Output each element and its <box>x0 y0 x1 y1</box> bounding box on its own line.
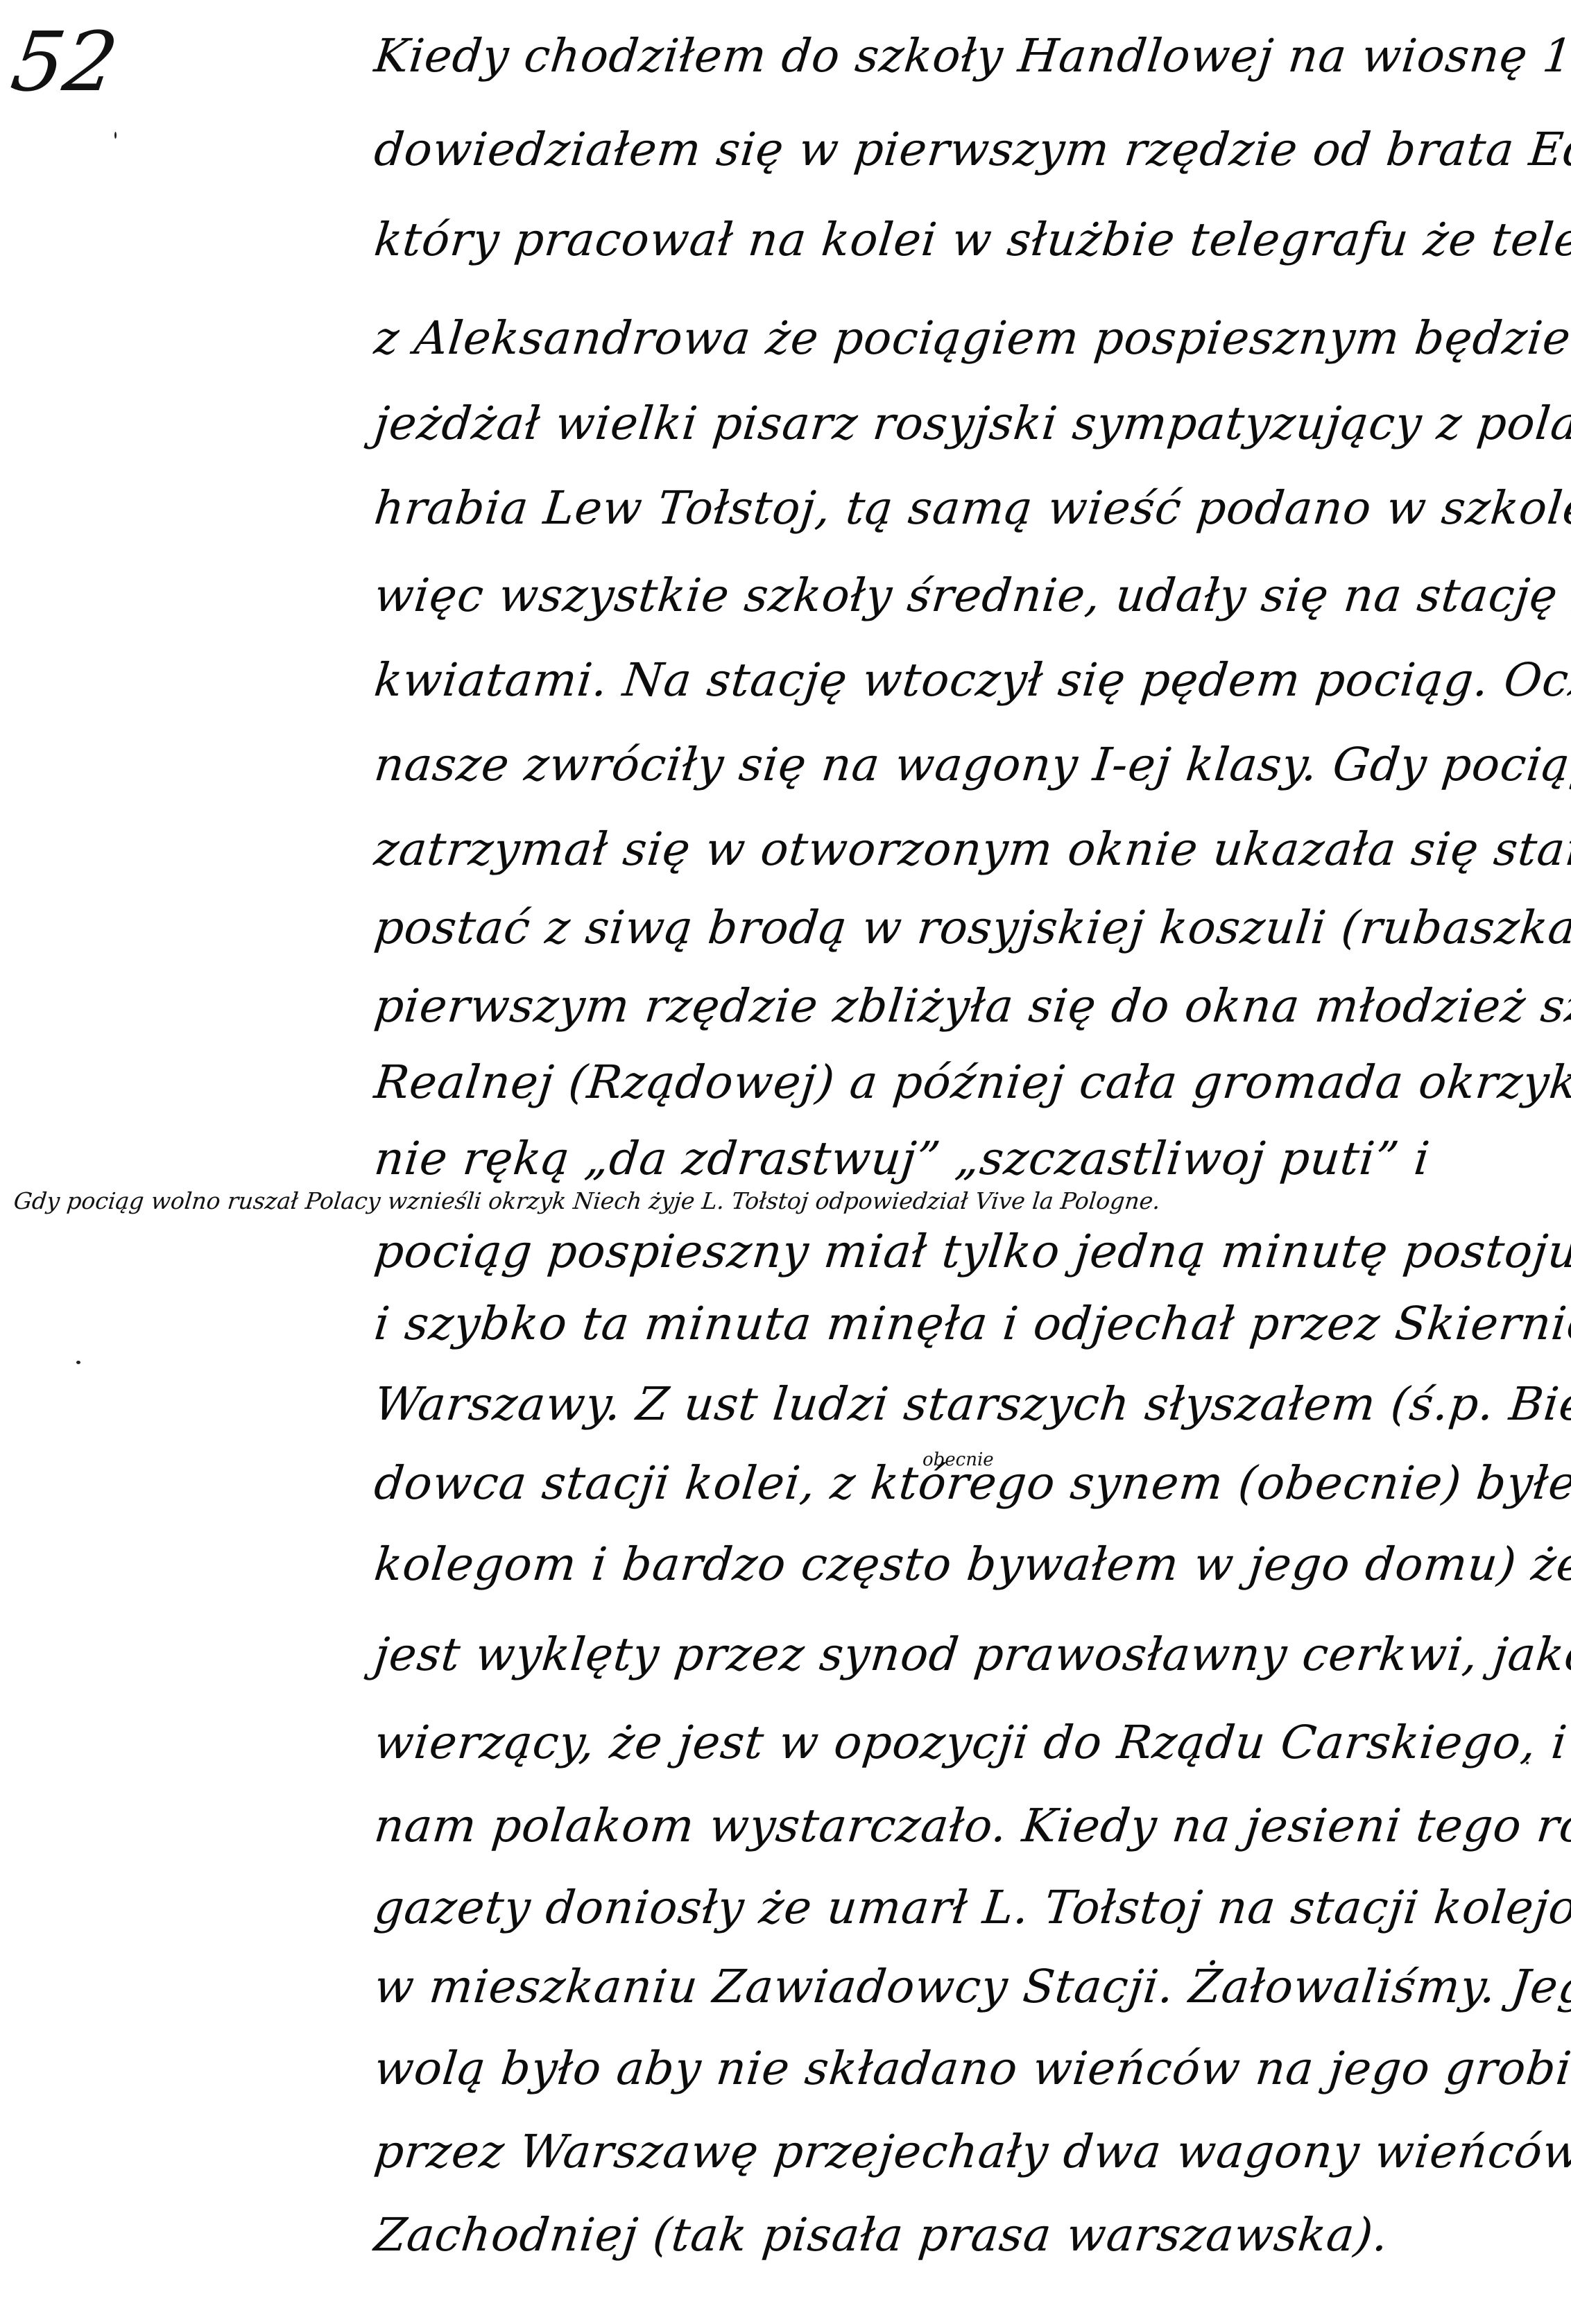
manuscript-line: Zachodniej (tak pisała prasa warszawska)… <box>372 2212 1391 2258</box>
manuscript-line: postać z siwą brodą w rosyjskiej koszuli… <box>372 905 1571 951</box>
manuscript-line: przez Warszawę przejechały dwa wagony wi… <box>372 2129 1571 2175</box>
manuscript-line: jest wyklęty przez synod prawosławny cer… <box>372 1632 1571 1678</box>
manuscript-line: pierwszym rzędzie zbliżyła się do okna m… <box>372 983 1571 1029</box>
manuscript-line: i szybko ta minuta minęła i odjechał prz… <box>372 1301 1571 1347</box>
manuscript-line: nasze zwróciły się na wagony I-ej klasy.… <box>372 742 1571 788</box>
manuscript-line: pociąg pospieszny miał tylko jedną minut… <box>372 1229 1571 1275</box>
manuscript-line: Kiedy chodziłem do szkoły Handlowej na w… <box>372 33 1571 79</box>
manuscript-line: z Aleksandrowa że pociągiem pospiesznym … <box>372 316 1571 361</box>
manuscript-line: w mieszkaniu Zawiadowcy Stacji. Żałowali… <box>372 1964 1571 2010</box>
scan-speck <box>1526 1762 1529 1764</box>
manuscript-line: Warszawy. Z ust ludzi starszych słyszałe… <box>372 1382 1571 1427</box>
manuscript-line: więc wszystkie szkoły średnie, udały się… <box>372 573 1571 619</box>
manuscript-line: Realnej (Rządowej) a później cała gromad… <box>372 1060 1571 1105</box>
manuscript-line: dowiedziałem się w pierwszym rzędzie od … <box>372 127 1571 173</box>
manuscript-line: kwiatami. Na stację wtoczył się pędem po… <box>372 657 1571 703</box>
margin-note: Gdy pociąg wolno ruszał Polacy wznieśli … <box>12 1187 1162 1214</box>
manuscript-line: nam polakom wystarczało. Kiedy na jesien… <box>372 1803 1571 1849</box>
manuscript-line: gazety doniosły że umarł L. Tołstoj na s… <box>372 1885 1571 1931</box>
manuscript-line: kolegom i bardzo często bywałem w jego d… <box>372 1542 1571 1587</box>
manuscript-line: który pracował na kolei w służbie telegr… <box>372 217 1571 263</box>
manuscript-page: 52 Kiedy chodziłem do szkoły Handlowej n… <box>0 0 1571 2324</box>
manuscript-line: wolą było aby nie składano wieńców na je… <box>372 2046 1571 2092</box>
manuscript-line: jeżdżał wielki pisarz rosyjski sympatyzu… <box>372 401 1571 447</box>
page-number: 52 <box>7 21 123 103</box>
scan-speck <box>76 1361 80 1364</box>
manuscript-line: zatrzymał się w otworzonym oknie ukazała… <box>372 827 1571 872</box>
manuscript-line: dowca stacji kolei, z którego synem (obe… <box>372 1461 1571 1506</box>
manuscript-line: nie ręką „da zdrastwuj” „szczastliwoj pu… <box>372 1136 1432 1182</box>
scan-speck <box>114 132 117 139</box>
manuscript-line: hrabia Lew Tołstoj, tą samą wieść podano… <box>372 485 1571 531</box>
manuscript-line: wierzący, że jest w opozycji do Rządu Ca… <box>372 1720 1571 1766</box>
